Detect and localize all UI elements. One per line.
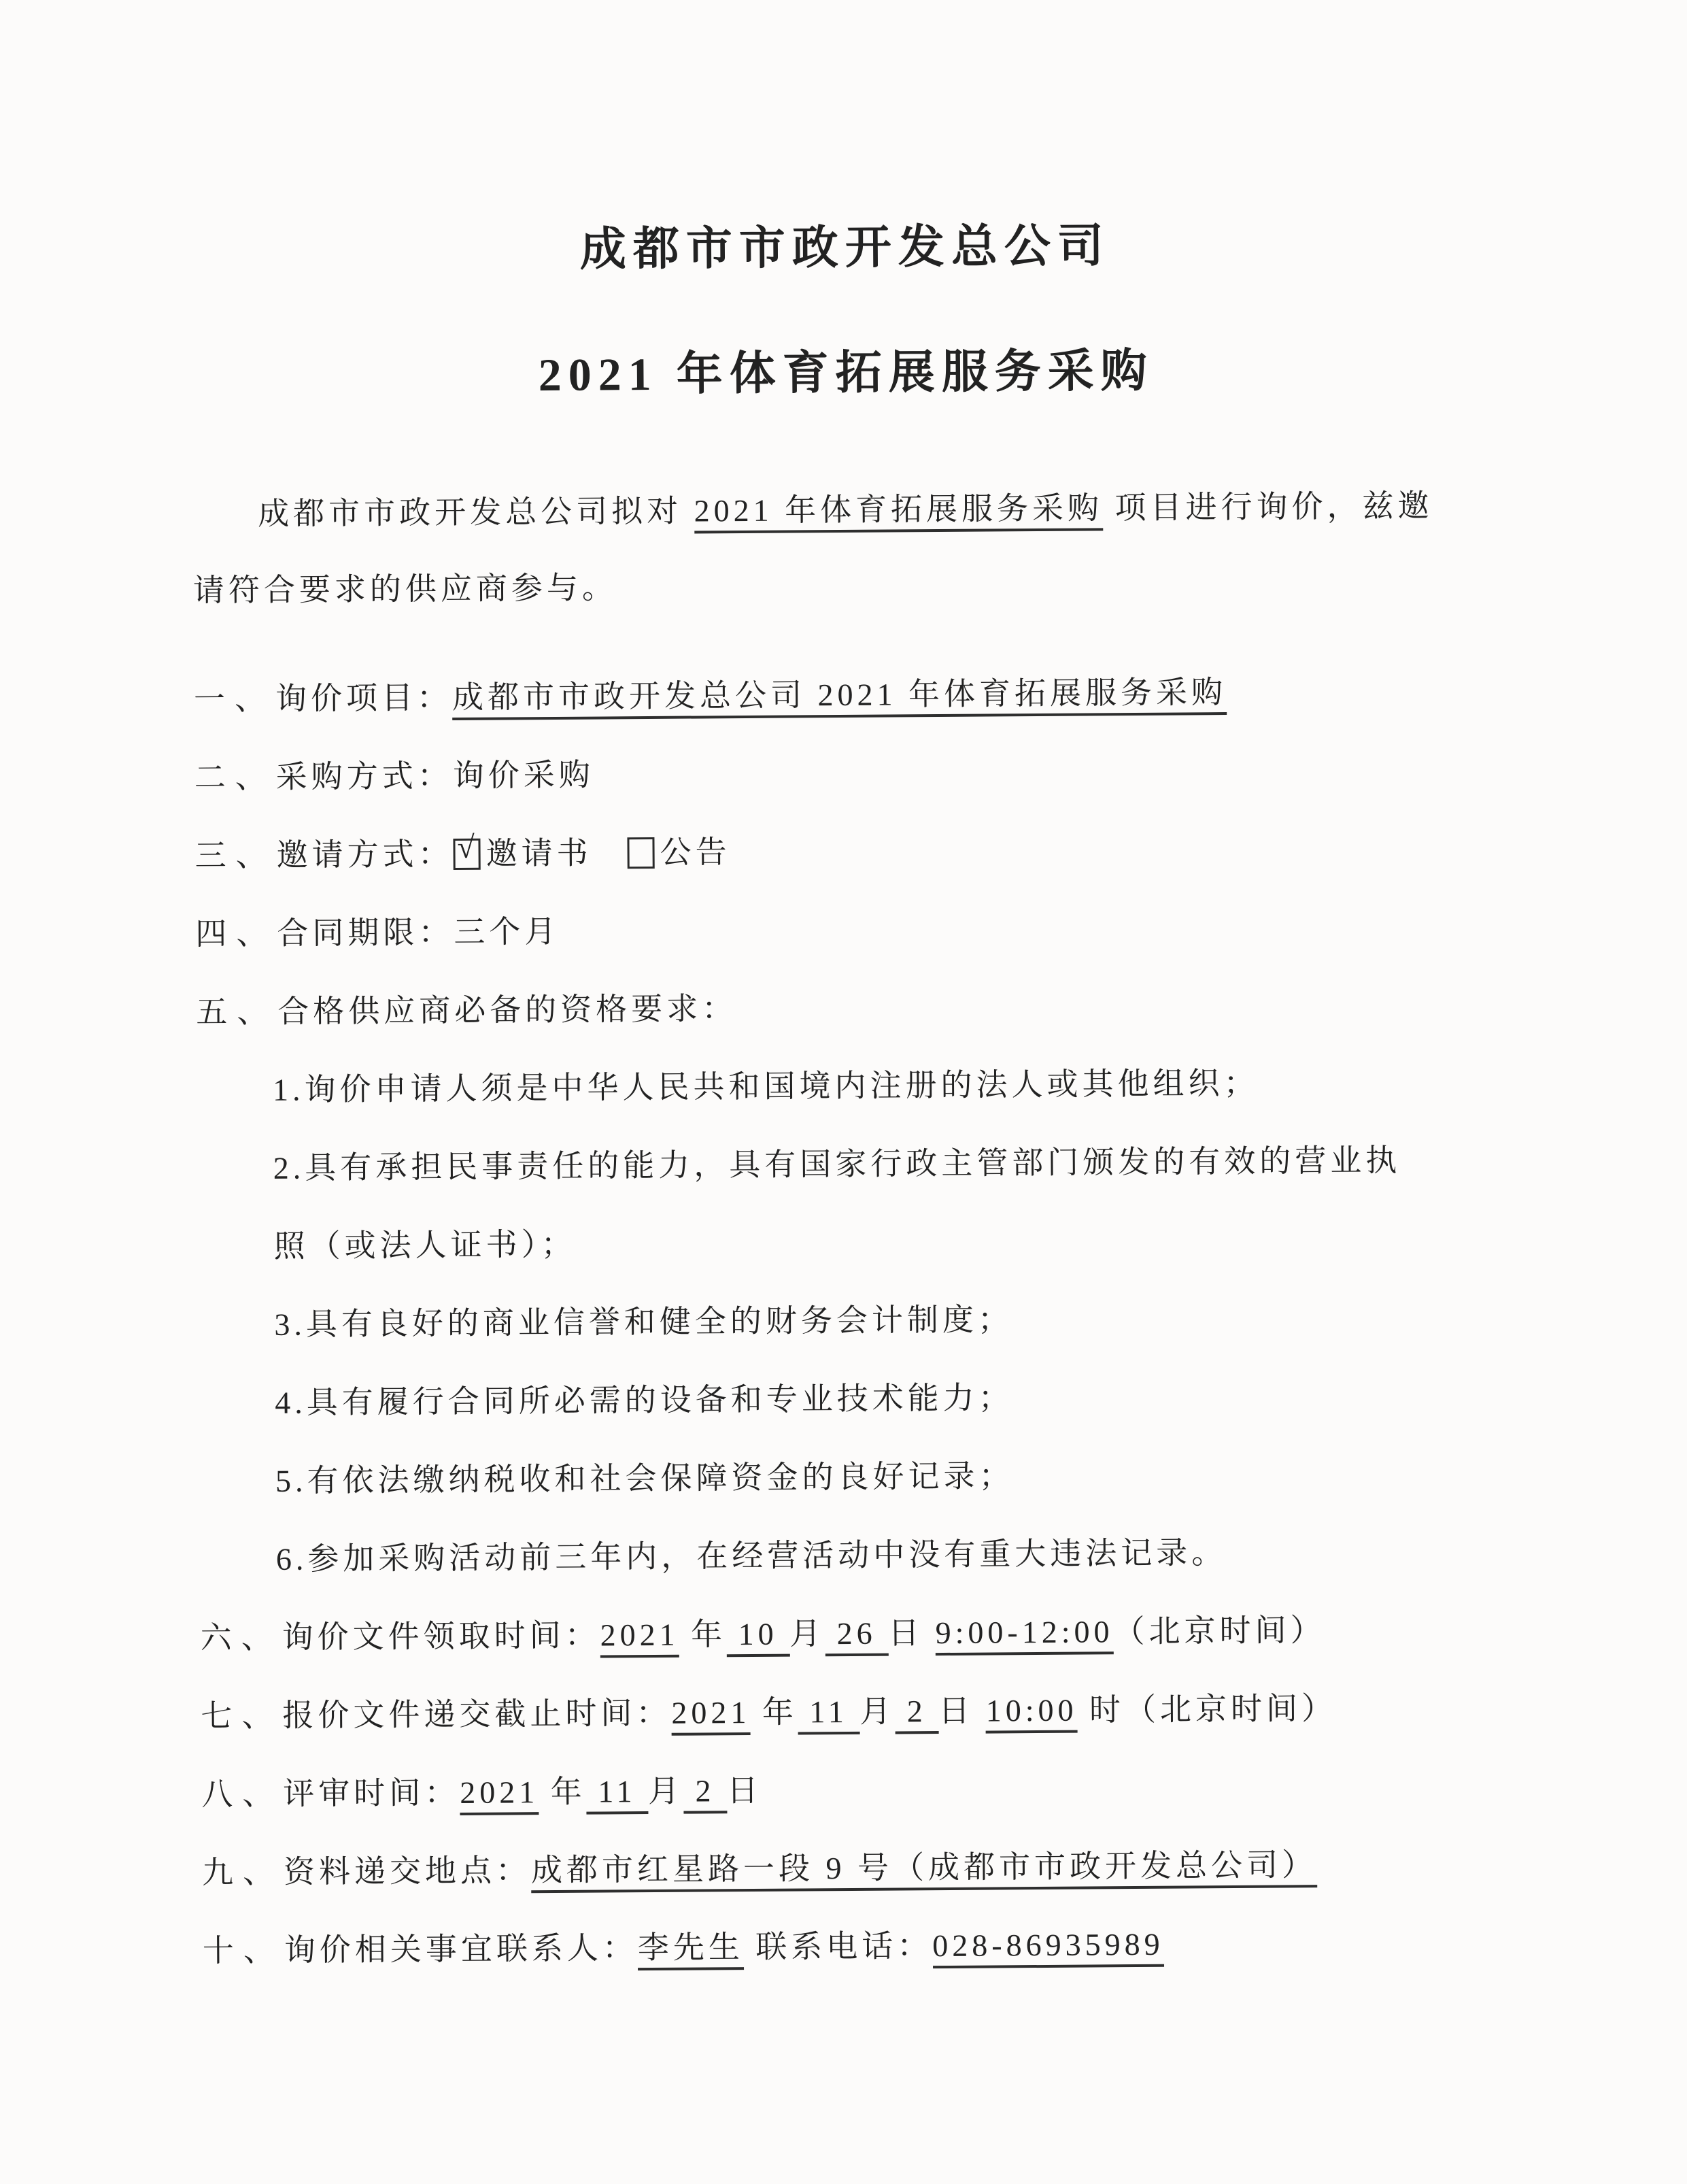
item-text: 邀请方式：√邀请书 公告	[276, 807, 1504, 894]
item-text: 询价相关事宜联系人：李先生 联系电话：028-86935989	[284, 1902, 1512, 1989]
filled-blank-text: 26	[825, 1616, 888, 1657]
item-text: 2.具有承担民事责任的能力，具有国家行政主管部门颁发的有效的营业执照（或法人证书…	[273, 1143, 1401, 1264]
item-list: 一、询价项目：成都市市政开发总公司 2021 年体育拓展服务采购二、采购方式：询…	[194, 651, 1512, 1989]
text-segment: 2.具有承担民事责任的能力，具有国家行政主管部门颁发的有效的营业执	[273, 1143, 1401, 1186]
item-number: 十、	[202, 1911, 284, 1990]
list-item: 二、采购方式：询价采购	[194, 729, 1503, 816]
text-segment: 报价文件递交截止时间：	[282, 1696, 671, 1733]
text-segment: 年	[750, 1695, 798, 1730]
text-segment: 资料递交地点：	[284, 1853, 531, 1889]
item-text: 合同期限：三个月	[277, 886, 1505, 973]
text-segment: 评审时间：	[283, 1775, 460, 1811]
document-page: 成都市市政开发总公司 2021 年体育拓展服务采购 成都市市政开发总公司拟对 2…	[0, 0, 1687, 2184]
item-number: 四、	[195, 894, 277, 973]
filled-blank-text: 9:00-12:00	[935, 1614, 1113, 1656]
text-segment: 询价项目：	[275, 680, 452, 716]
filled-blank-text: 2021 年体育拓展服务采购	[694, 490, 1103, 533]
requirement-sub-item: 6.参加采购活动前三年内，在经营活动中没有重大违法记录。	[199, 1511, 1509, 1598]
text-segment: 日	[888, 1615, 936, 1650]
check-mark-icon: √	[457, 828, 475, 866]
text-segment: 邀请书	[485, 835, 627, 871]
text-segment: （北京时间）	[1113, 1613, 1325, 1649]
text-segment: 询价相关事宜联系人：	[284, 1930, 638, 1968]
document-content: 成都市市政开发总公司 2021 年体育拓展服务采购 成都市市政开发总公司拟对 2…	[0, 0, 1687, 1992]
document-title: 成都市市政开发总公司	[190, 220, 1499, 275]
item-number: 六、	[200, 1598, 282, 1677]
filled-blank-text: 李先生	[638, 1930, 744, 1970]
text-segment: 6.参加采购活动前三年内，在经营活动中没有重大违法记录。	[276, 1535, 1227, 1577]
item-text: 4.具有履行合同所必需的设备和专业技术能力；	[275, 1380, 1014, 1420]
text-segment: 年	[679, 1617, 726, 1651]
filled-blank-text: 11	[798, 1694, 860, 1735]
list-item: 八、评审时间：2021 年 11 月 2 日	[201, 1746, 1511, 1833]
requirement-sub-item: 3.具有良好的商业信誉和健全的财务会计制度；	[198, 1277, 1507, 1364]
text-segment: 采购方式：询价采购	[276, 758, 594, 794]
item-number: 二、	[194, 738, 276, 817]
filled-blank-text: 2021	[671, 1695, 750, 1736]
item-text: 评审时间：2021 年 11 月 2 日	[283, 1746, 1511, 1833]
text-segment: 月	[859, 1694, 895, 1729]
item-number: 一、	[194, 660, 276, 739]
item-text: 合格供应商必备的资格要求：	[277, 964, 1505, 1051]
text-segment: 4.具有履行合同所必需的设备和专业技术能力；	[275, 1380, 1014, 1420]
filled-blank-text: 成都市红星路一段 9 号（成都市市政开发总公司）	[531, 1847, 1317, 1893]
checked-checkbox-icon: √	[453, 839, 480, 870]
text-segment: 成都市市政开发总公司拟对	[258, 494, 694, 531]
filled-blank-text: 10	[726, 1617, 789, 1658]
text-segment: 日	[727, 1773, 762, 1808]
list-item: 五、合格供应商必备的资格要求：	[196, 964, 1505, 1051]
text-segment: 月	[648, 1774, 683, 1809]
list-item: 九、资料递交地点：成都市红星路一段 9 号（成都市市政开发总公司）	[202, 1824, 1512, 1911]
filled-blank-text: 11	[586, 1774, 649, 1815]
item-number: 九、	[202, 1833, 284, 1912]
text-segment: 5.有依法缴纳税收和社会保障资金的良好记录；	[275, 1458, 1015, 1498]
text-segment: 合同期限：三个月	[277, 914, 560, 951]
text-segment: 公告	[660, 835, 730, 870]
text-segment: 时（北京时间）	[1077, 1691, 1337, 1728]
item-text: 报价文件递交截止时间：2021 年 11 月 2 日 10:00 时（北京时间）	[282, 1668, 1510, 1755]
list-item: 六、询价文件领取时间：2021 年 10 月 26 日 9:00-12:00（北…	[200, 1590, 1510, 1677]
text-segment: 日	[938, 1694, 986, 1728]
item-text: 询价文件领取时间：2021 年 10 月 26 日 9:00-12:00（北京时…	[282, 1590, 1510, 1677]
list-item: 一、询价项目：成都市市政开发总公司 2021 年体育拓展服务采购	[194, 651, 1503, 738]
text-segment: 项目进行询价，兹邀	[1103, 488, 1433, 525]
filled-blank-text: 2	[895, 1694, 938, 1734]
list-item: 四、合同期限：三个月	[195, 886, 1505, 973]
text-segment: 月	[789, 1616, 825, 1651]
text-segment: 合格供应商必备的资格要求：	[277, 991, 737, 1029]
text-segment: 1.询价申请人须是中华人民共和国境内注册的法人或其他组织；	[273, 1066, 1259, 1107]
filled-blank-text: 028-86935989	[932, 1927, 1164, 1968]
text-segment: 3.具有良好的商业信誉和健全的财务会计制度；	[274, 1302, 1013, 1342]
item-number: 五、	[196, 973, 278, 1052]
text-segment: 照（或法人证书）；	[273, 1227, 576, 1264]
text-segment: 请符合要求的供应商参与。	[193, 570, 617, 607]
requirement-sub-item: 5.有依法缴纳税收和社会保障资金的良好记录；	[199, 1433, 1509, 1520]
item-text: 询价项目：成都市市政开发总公司 2021 年体育拓展服务采购	[275, 651, 1503, 738]
filled-blank-text: 2021	[460, 1775, 539, 1815]
item-text: 5.有依法缴纳税收和社会保障资金的良好记录；	[275, 1458, 1015, 1498]
list-item: 七、报价文件递交截止时间：2021 年 11 月 2 日 10:00 时（北京时…	[201, 1668, 1510, 1755]
empty-checkbox-icon	[627, 837, 654, 869]
item-text: 6.参加采购活动前三年内，在经营活动中没有重大违法记录。	[276, 1535, 1227, 1577]
requirement-sub-item: 2.具有承担民事责任的能力，具有国家行政主管部门颁发的有效的营业执照（或法人证书…	[197, 1120, 1507, 1286]
filled-blank-text: 2	[683, 1773, 727, 1813]
item-number: 三、	[194, 816, 277, 895]
item-text: 采购方式：询价采购	[275, 729, 1503, 816]
text-segment: 联系电话：	[744, 1928, 933, 1964]
filled-blank-text: 成都市市政开发总公司 2021 年体育拓展服务采购	[452, 675, 1227, 720]
requirement-sub-item: 4.具有履行合同所必需的设备和专业技术能力；	[199, 1355, 1508, 1442]
requirement-sub-item: 1.询价申请人须是中华人民共和国境内注册的法人或其他组织；	[197, 1042, 1506, 1129]
text-segment: 邀请方式：	[276, 837, 453, 873]
filled-blank-text: 10:00	[986, 1693, 1078, 1734]
filled-blank-text: 2021	[600, 1617, 679, 1658]
document-subtitle: 2021 年体育拓展服务采购	[191, 345, 1500, 400]
text-segment: 年	[539, 1775, 586, 1809]
list-item: 十、询价相关事宜联系人：李先生 联系电话：028-86935989	[202, 1902, 1512, 1989]
intro-paragraph: 成都市市政开发总公司拟对 2021 年体育拓展服务采购 项目进行询价，兹邀请符合…	[192, 467, 1503, 628]
item-text: 3.具有良好的商业信誉和健全的财务会计制度；	[274, 1302, 1013, 1342]
item-text: 1.询价申请人须是中华人民共和国境内注册的法人或其他组织；	[273, 1066, 1259, 1107]
list-item: 三、邀请方式：√邀请书 公告	[194, 807, 1504, 894]
item-number: 七、	[201, 1677, 283, 1755]
item-number: 八、	[201, 1755, 284, 1834]
item-text: 资料递交地点：成都市红星路一段 9 号（成都市市政开发总公司）	[284, 1824, 1512, 1911]
text-segment: 询价文件领取时间：	[282, 1618, 600, 1655]
